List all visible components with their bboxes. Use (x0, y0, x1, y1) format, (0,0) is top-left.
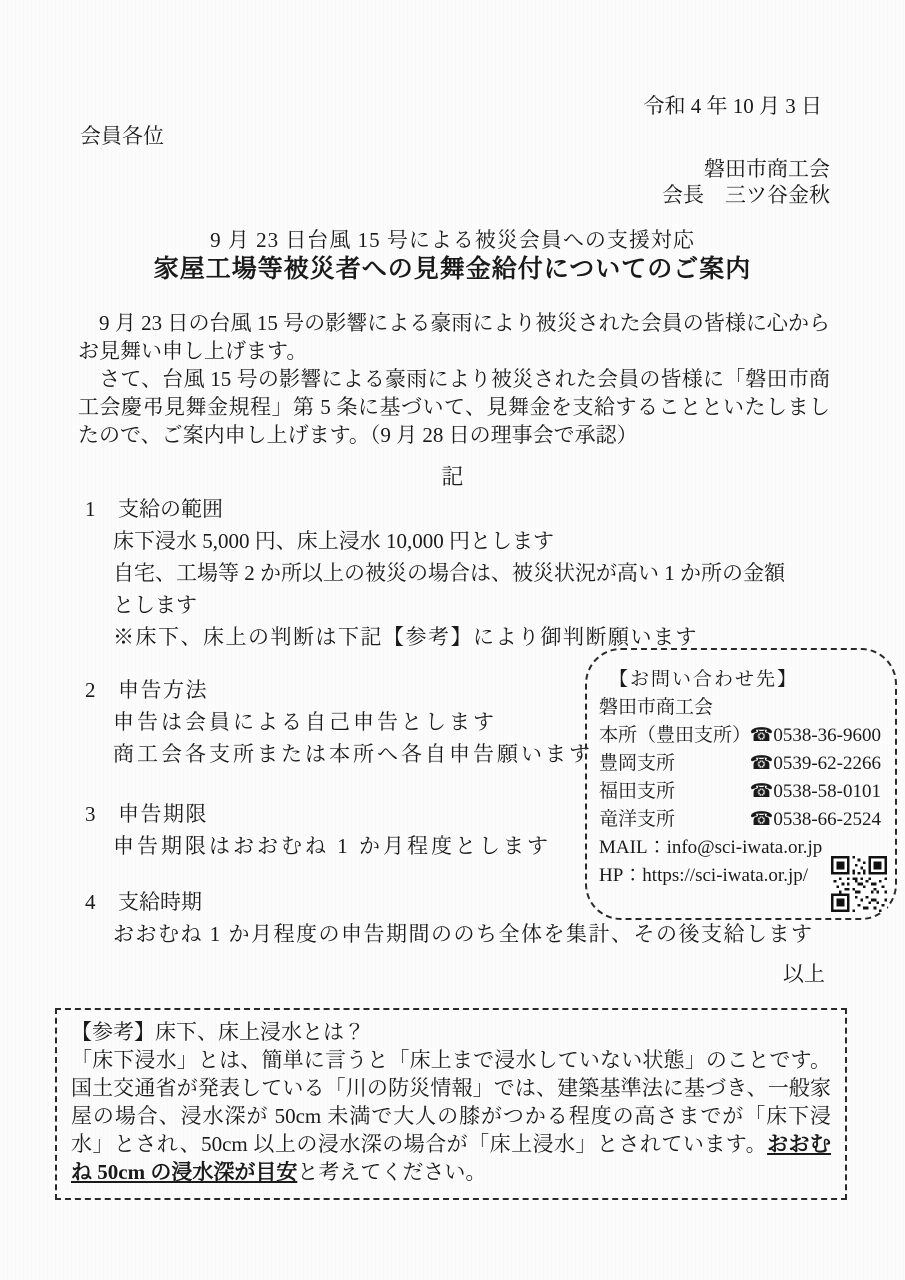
section-heading-row: 3 申告期限 (80, 798, 600, 830)
section-number: 1 (80, 493, 118, 525)
section-heading: 申告方法 (118, 674, 208, 706)
phone-label: 竜洋支所 (599, 806, 675, 834)
section-heading: 支給時期 (118, 886, 202, 918)
section-report-deadline: 3 申告期限 申告期限はおおむね 1 か月程度とします (80, 798, 600, 862)
phone-row: 豊岡支所 ☎0539-62-2266 (599, 750, 881, 778)
body-text: 9 月 23 日の台風 15 号の影響による豪雨により被災された会員の皆様に心か… (78, 309, 830, 449)
phone-icon: ☎ (750, 809, 774, 830)
section-heading: 支給の範囲 (118, 493, 223, 525)
section-heading-row: 1 支給の範囲 (80, 493, 802, 525)
contact-heading: 【お問い合わせ先】 (599, 666, 881, 694)
phone-number-text: 0539-62-2266 (773, 753, 881, 774)
phone-number: ☎0538-36-9600 (750, 722, 881, 750)
contact-org: 磐田市商工会 (599, 694, 881, 722)
reference-body: 「床下浸水」とは、簡単に言うと「床上まで浸水していない状態」のことです。国土交通… (71, 1046, 831, 1186)
section-line: おおむね 1 か月程度の申告期間ののち全体を集計、その後支給します (113, 918, 870, 950)
section-heading: 申告期限 (118, 798, 208, 830)
hp-url: https://sci-iwata.or.jp/ (642, 865, 808, 886)
phone-label: 豊岡支所 (599, 750, 675, 778)
section-heading-row: 2 申告方法 (80, 674, 600, 706)
reference-box: 【参考】床下、床上浸水とは？ 「床下浸水」とは、簡単に言うと「床上まで浸水してい… (55, 1008, 847, 1200)
phone-number: ☎0538-66-2524 (750, 806, 881, 834)
sender-name: 会長 三ツ谷金秋 (662, 181, 830, 209)
phone-row: 福田支所 ☎0538-58-0101 (599, 778, 881, 806)
sender-org: 磐田市商工会 (704, 155, 830, 183)
mail-label: MAIL： (599, 837, 667, 858)
contact-box: 【お問い合わせ先】 磐田市商工会 本所（豊田支所） ☎0538-36-9600 … (585, 648, 897, 920)
document-title: 家屋工場等被災者への見舞金給付についてのご案内 (0, 256, 905, 284)
closing-mark: 以上 (783, 960, 825, 988)
section-payment-scope: 1 支給の範囲 床下浸水 5,000 円、床上浸水 10,000 円とします 自… (80, 493, 802, 653)
section-line: 床下浸水 5,000 円、床上浸水 10,000 円とします (113, 525, 802, 557)
phone-icon: ☎ (750, 725, 774, 746)
body-paragraph: 9 月 23 日の台風 15 号の影響による豪雨により被災された会員の皆様に心か… (78, 309, 830, 365)
qr-code (831, 856, 887, 912)
date-line: 令和 4 年 10 月 3 日 (644, 92, 823, 120)
section-number: 4 (80, 886, 118, 918)
section-report-method: 2 申告方法 申告は会員による自己申告とします 商工会各支所または本所へ各自申告… (80, 674, 600, 770)
record-marker: 記 (0, 463, 905, 491)
mail-address: info@sci-iwata.or.jp (667, 837, 823, 858)
phone-label: 福田支所 (599, 778, 675, 806)
document-page: 令和 4 年 10 月 3 日 会員各位 磐田市商工会 会長 三ツ谷金秋 9 月… (0, 0, 905, 1280)
body-paragraph: さて、台風 15 号の影響による豪雨により被災された会員の皆様に「磐田市商工会慶… (78, 365, 830, 449)
phone-number-text: 0538-36-9600 (773, 725, 881, 746)
reference-text: 「床下浸水」とは、簡単に言うと「床上まで浸水していない状態」のことです。国土交通… (71, 1048, 831, 1156)
phone-number-text: 0538-66-2524 (773, 809, 881, 830)
phone-number: ☎0538-58-0101 (750, 778, 881, 806)
phone-row: 本所（豊田支所） ☎0538-36-9600 (599, 722, 881, 750)
hp-label: HP： (599, 865, 642, 886)
section-line: 商工会各支所または本所へ各自申告願います (113, 738, 600, 770)
phone-row: 竜洋支所 ☎0538-66-2524 (599, 806, 881, 834)
phone-number-text: 0538-58-0101 (773, 781, 881, 802)
phone-label: 本所（豊田支所） (599, 722, 750, 750)
section-number: 3 (80, 798, 118, 830)
section-line: 申告期限はおおむね 1 か月程度とします (113, 830, 600, 862)
section-number: 2 (80, 674, 118, 706)
section-line: 自宅、工場等 2 か所以上の被災の場合は、被災状況が高い 1 か所の金額とします (113, 557, 802, 621)
subject-line: 9 月 23 日台風 15 号による被災会員への支援対応 (0, 226, 905, 254)
phone-number: ☎0539-62-2266 (750, 750, 881, 778)
recipient: 会員各位 (80, 122, 164, 150)
section-line: 申告は会員による自己申告とします (113, 706, 600, 738)
phone-icon: ☎ (750, 781, 774, 802)
phone-icon: ☎ (750, 753, 774, 774)
reference-heading: 【参考】床下、床上浸水とは？ (71, 1018, 831, 1046)
reference-emphasis-tail: と考えてください。 (297, 1160, 486, 1184)
